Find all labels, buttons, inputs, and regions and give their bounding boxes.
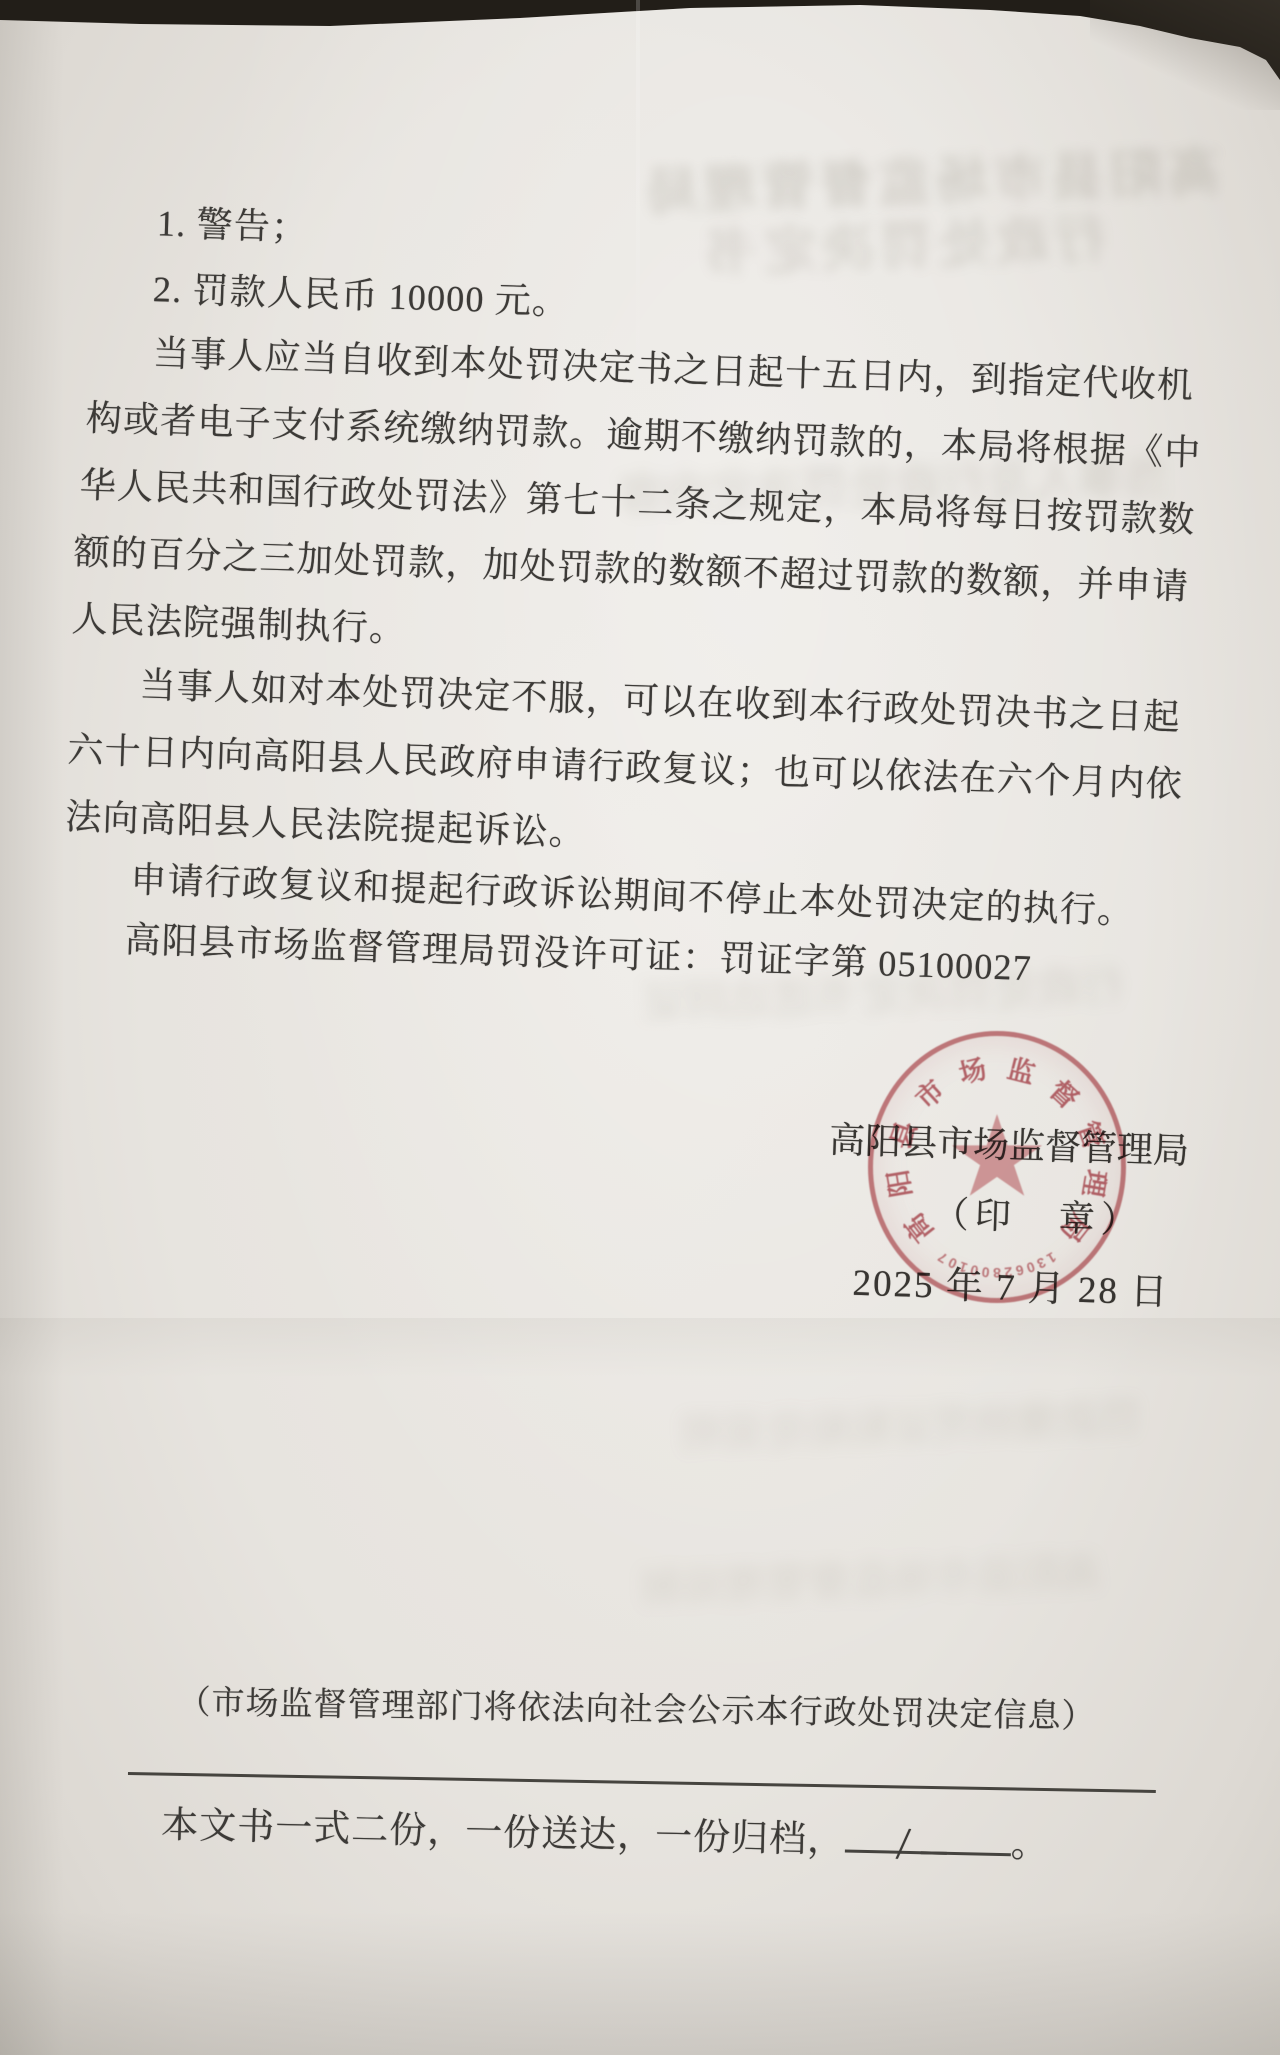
penalty-item-warning: 1. 警告；: [156, 195, 309, 251]
body-text-line: 人民法院强制执行。: [71, 591, 407, 652]
issuing-authority-name: 高阳县市场监督管理局: [828, 1112, 1189, 1174]
seal-placeholder-label: （印 章）: [932, 1186, 1187, 1245]
signature-block: 高阳县市场监督管理局 （印 章） 2025 年 7 月 28 日: [824, 1112, 1190, 1316]
body-text-line: 法向高阳县人民法院提起诉讼。: [65, 789, 587, 856]
blank-underline: [921, 1817, 1012, 1856]
decision-date: 2025 年 7 月 28 日: [852, 1252, 1186, 1316]
period-mark: 。: [1010, 1824, 1049, 1866]
penalty-item-fine: 2. 罚款人民币 10000 元。: [152, 261, 570, 325]
document-body: 1. 警告； 2. 罚款人民币 10000 元。 当事人应当自收到本处罚决定书之…: [60, 193, 1245, 1029]
